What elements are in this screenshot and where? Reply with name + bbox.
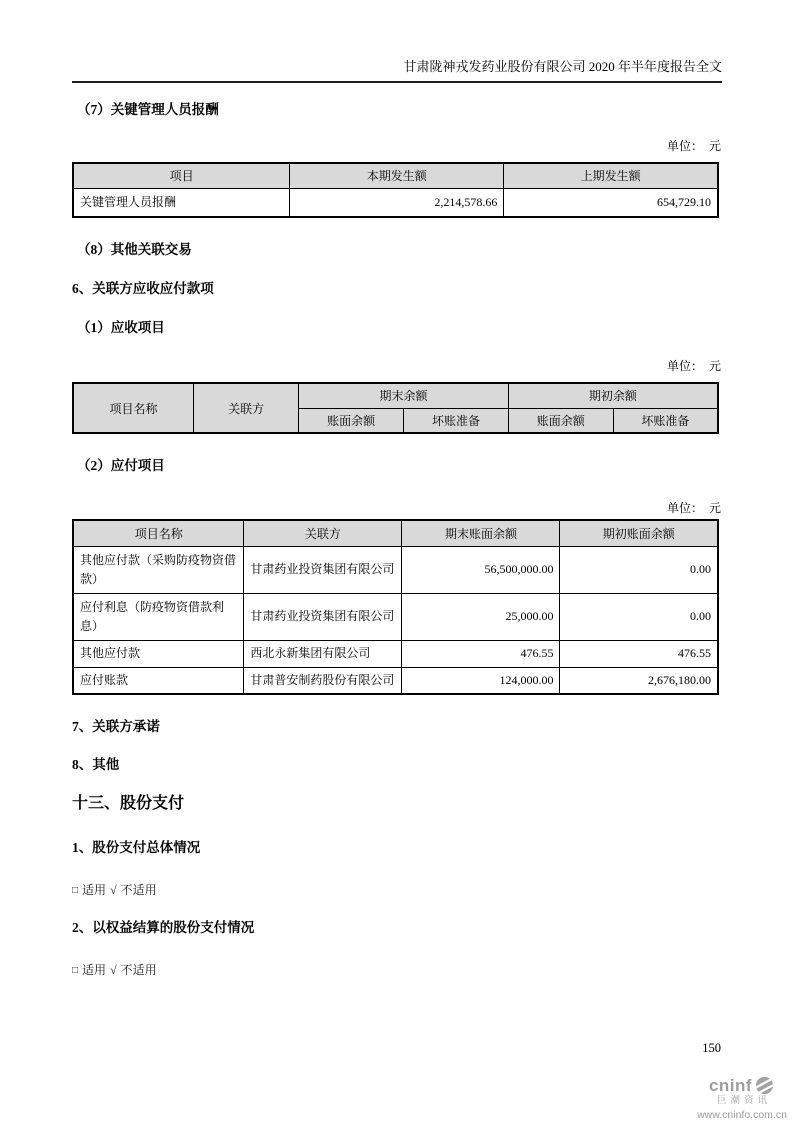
payable-table: 项目名称 关联方 期末账面余额 期初账面余额 其他应付款（采购防疫物资借款） 甘… <box>72 519 719 695</box>
cell-beginning-balance: 2,676,180.00 <box>560 667 718 694</box>
unit-label-2: 单位： 元 <box>72 357 721 374</box>
cell-item: 其他应付款 <box>73 640 244 667</box>
page-number: 150 <box>72 1041 721 1056</box>
heading-receivable-items: （1）应收项目 <box>77 319 165 336</box>
cell-current-amount: 2,214,578.66 <box>290 188 504 217</box>
cell-ending-balance: 124,000.00 <box>402 667 560 694</box>
applicability-note-2: □适用√不适用 <box>72 961 157 978</box>
not-applicable-label: 不适用 <box>121 963 157 977</box>
table-header-row: 项目 本期发生额 上期发生额 <box>73 163 718 188</box>
checkbox-unchecked-icon[interactable]: □ <box>72 965 78 976</box>
cell-prior-amount: 654,729.10 <box>504 188 718 217</box>
col-header-current-period: 本期发生额 <box>290 163 504 188</box>
not-applicable-label: 不适用 <box>121 883 157 897</box>
report-page: 甘肃陇神戎发药业股份有限公司 2020 年半年度报告全文 （7）关键管理人员报酬… <box>0 0 793 1122</box>
checkmark-icon: √ <box>110 883 117 898</box>
col-header-related-party: 关联方 <box>244 520 402 546</box>
applicable-label: 适用 <box>82 963 106 977</box>
heading-related-party-commitments: 7、关联方承诺 <box>72 718 160 735</box>
cell-item: 应付利息（防疫物资借款利息） <box>73 593 244 640</box>
sub-header-bad-debt-ending: 坏账准备 <box>404 408 509 433</box>
cell-beginning-balance: 0.00 <box>560 593 718 640</box>
col-header-beginning-book-balance: 期初账面余额 <box>560 520 718 546</box>
col-header-ending-book-balance: 期末账面余额 <box>402 520 560 546</box>
unit-label-3: 单位： 元 <box>72 499 721 516</box>
page-header-title: 甘肃陇神戎发药业股份有限公司 2020 年半年度报告全文 <box>72 58 722 83</box>
cninfo-url: www.cninfo.com.cn <box>696 1110 788 1121</box>
applicable-label: 适用 <box>82 883 106 897</box>
cell-related-party: 西北永新集团有限公司 <box>244 640 402 667</box>
table-row: 其他应付款（采购防疫物资借款） 甘肃药业投资集团有限公司 56,500,000.… <box>73 546 718 593</box>
cell-ending-balance: 56,500,000.00 <box>402 546 560 593</box>
col-header-related-party: 关联方 <box>194 383 299 433</box>
col-header-prior-period: 上期发生额 <box>504 163 718 188</box>
cell-related-party: 甘肃药业投资集团有限公司 <box>244 593 402 640</box>
cell-related-party: 甘肃药业投资集团有限公司 <box>244 546 402 593</box>
cell-beginning-balance: 476.55 <box>560 640 718 667</box>
cninfo-logo-row: cninf <box>696 1076 788 1095</box>
heading-payable-items: （2）应付项目 <box>77 457 165 474</box>
cninfo-brand-text: cninf <box>709 1077 752 1094</box>
cell-item: 其他应付款（采购防疫物资借款） <box>73 546 244 593</box>
table-row: 应付利息（防疫物资借款利息） 甘肃药业投资集团有限公司 25,000.00 0.… <box>73 593 718 640</box>
cell-item: 关键管理人员报酬 <box>73 188 290 217</box>
compensation-table: 项目 本期发生额 上期发生额 关键管理人员报酬 2,214,578.66 654… <box>72 162 719 218</box>
table-header-row: 项目名称 关联方 期末账面余额 期初账面余额 <box>73 520 718 546</box>
cell-ending-balance: 476.55 <box>402 640 560 667</box>
col-header-item-name: 项目名称 <box>73 383 194 433</box>
table-row: 关键管理人员报酬 2,214,578.66 654,729.10 <box>73 188 718 217</box>
sub-header-bad-debt-beginning: 坏账准备 <box>613 408 718 433</box>
heading-share-based-payment: 十三、股份支付 <box>72 794 184 814</box>
checkbox-unchecked-icon[interactable]: □ <box>72 885 78 896</box>
sub-header-book-balance-beginning: 账面余额 <box>508 408 613 433</box>
col-header-item: 项目 <box>73 163 290 188</box>
table-row: 应付账款 甘肃普安制药股份有限公司 124,000.00 2,676,180.0… <box>73 667 718 694</box>
col-group-ending-balance: 期末余额 <box>299 383 509 408</box>
heading-key-management-compensation: （7）关键管理人员报酬 <box>77 101 219 118</box>
cell-beginning-balance: 0.00 <box>560 546 718 593</box>
cell-ending-balance: 25,000.00 <box>402 593 560 640</box>
checkmark-icon: √ <box>110 963 117 978</box>
cell-related-party: 甘肃普安制药股份有限公司 <box>244 667 402 694</box>
sub-header-book-balance-ending: 账面余额 <box>299 408 404 433</box>
heading-equity-settled-share-payment: 2、以权益结算的股份支付情况 <box>72 919 254 936</box>
unit-label-1: 单位： 元 <box>72 137 721 154</box>
col-group-beginning-balance: 期初余额 <box>508 383 718 408</box>
cninfo-chinese-name: 巨潮资讯 <box>696 1097 788 1107</box>
cninfo-logo: cninf 巨潮资讯 www.cninfo.com.cn <box>696 1076 788 1120</box>
table-header-row-1: 项目名称 关联方 期末余额 期初余额 <box>73 383 718 408</box>
heading-other-related-transactions: （8）其他关联交易 <box>77 241 192 258</box>
heading-share-payment-overview: 1、股份支付总体情况 <box>72 839 200 856</box>
cell-item: 应付账款 <box>73 667 244 694</box>
table-row: 其他应付款 西北永新集团有限公司 476.55 476.55 <box>73 640 718 667</box>
cninfo-swoosh-icon <box>754 1076 775 1095</box>
heading-other: 8、其他 <box>72 756 119 773</box>
applicability-note-1: □适用√不适用 <box>72 881 157 898</box>
col-header-item-name: 项目名称 <box>73 520 244 546</box>
heading-related-party-receivables-payables: 6、关联方应收应付款项 <box>72 280 214 297</box>
receivable-table: 项目名称 关联方 期末余额 期初余额 账面余额 坏账准备 账面余额 坏账准备 <box>72 382 719 434</box>
